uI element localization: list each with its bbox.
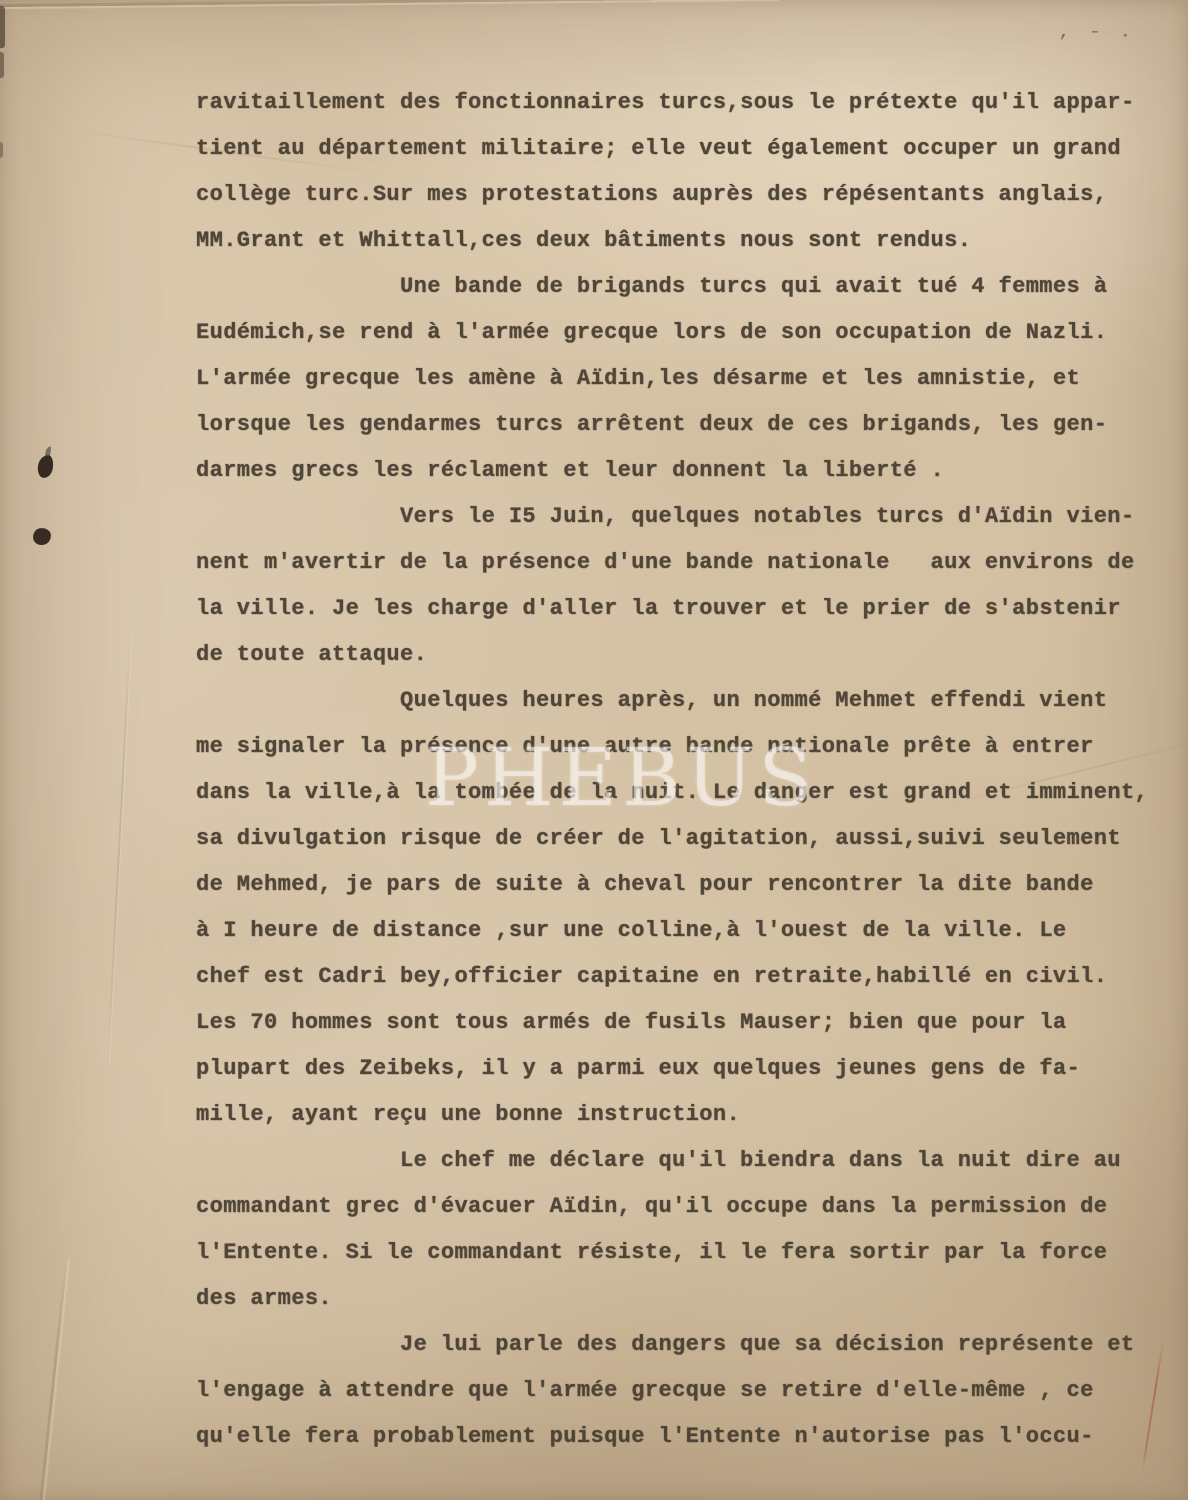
text-line: collège turc.Sur mes protestations auprè…: [196, 182, 1181, 228]
text-line: Le chef me déclare qu'il biendra dans la…: [196, 1148, 1181, 1194]
text-line: commandant grec d'évacuer Aïdin, qu'il o…: [196, 1194, 1181, 1240]
paper-crease: [39, 1259, 68, 1500]
text-line: lorsque les gendarmes turcs arrêtent deu…: [196, 412, 1181, 458]
text-line: Les 70 hommes sont tous armés de fusils …: [196, 1010, 1181, 1056]
text-line: tient au département militaire; elle veu…: [196, 136, 1181, 182]
text-line: plupart des Zeibeks, il y a parmi eux qu…: [196, 1056, 1181, 1102]
text-line: de Mehmed, je pars de suite à cheval pou…: [196, 872, 1181, 918]
text-line: ravitaillement des fonctionnaires turcs,…: [196, 90, 1181, 136]
text-line: Une bande de brigands turcs qui avait tu…: [196, 274, 1181, 320]
text-line: chef est Cadri bey,officier capitaine en…: [196, 964, 1181, 1010]
page-corner-mark: , - .: [1058, 23, 1134, 42]
text-line: MM.Grant et Whittall,ces deux bâtiments …: [196, 228, 1181, 274]
text-line: Vers le I5 Juin, quelques notables turcs…: [196, 504, 1181, 550]
ink-spot: [32, 527, 52, 546]
text-line: Je lui parle des dangers que sa décision…: [196, 1332, 1181, 1378]
scan-edge-mark: [0, 6, 5, 48]
paper-crease: [0, 0, 780, 7]
text-line: Quelques heures après, un nommé Mehmet e…: [196, 688, 1181, 734]
text-line: darmes grecs les réclament et leur donne…: [196, 458, 1181, 504]
ink-spot: [36, 454, 55, 479]
document-text: ravitaillement des fonctionnaires turcs,…: [196, 90, 1181, 1470]
text-line: l'engage à attendre que l'armée grecque …: [196, 1378, 1181, 1424]
text-line: dans la ville,à la tombée de la nuit. Le…: [196, 780, 1181, 826]
text-line: Eudémich,se rend à l'armée grecque lors …: [196, 320, 1181, 366]
scanned-page: , - . ravitaillement des fonctionnaires …: [0, 0, 1188, 1500]
text-line: à I heure de distance ,sur une colline,à…: [196, 918, 1181, 964]
paper-crease: [107, 636, 132, 1066]
text-line: la ville. Je les charge d'aller la trouv…: [196, 596, 1181, 642]
scan-edge-mark: [0, 52, 4, 78]
text-line: de toute attaque.: [196, 642, 1181, 688]
text-line: nent m'avertir de la présence d'une band…: [196, 550, 1181, 596]
text-line: mille, ayant reçu une bonne instruction.: [196, 1102, 1181, 1148]
scan-edge-mark: [0, 142, 3, 158]
text-line: L'armée grecque les amène à Aïdin,les dé…: [196, 366, 1181, 412]
text-line: me signaler la présence d'une autre band…: [196, 734, 1181, 780]
text-line: l'Entente. Si le commandant résiste, il …: [196, 1240, 1181, 1286]
text-line: qu'elle fera probablement puisque l'Ente…: [196, 1424, 1181, 1470]
text-line: des armes.: [196, 1286, 1181, 1332]
text-line: sa divulgation risque de créer de l'agit…: [196, 826, 1181, 872]
